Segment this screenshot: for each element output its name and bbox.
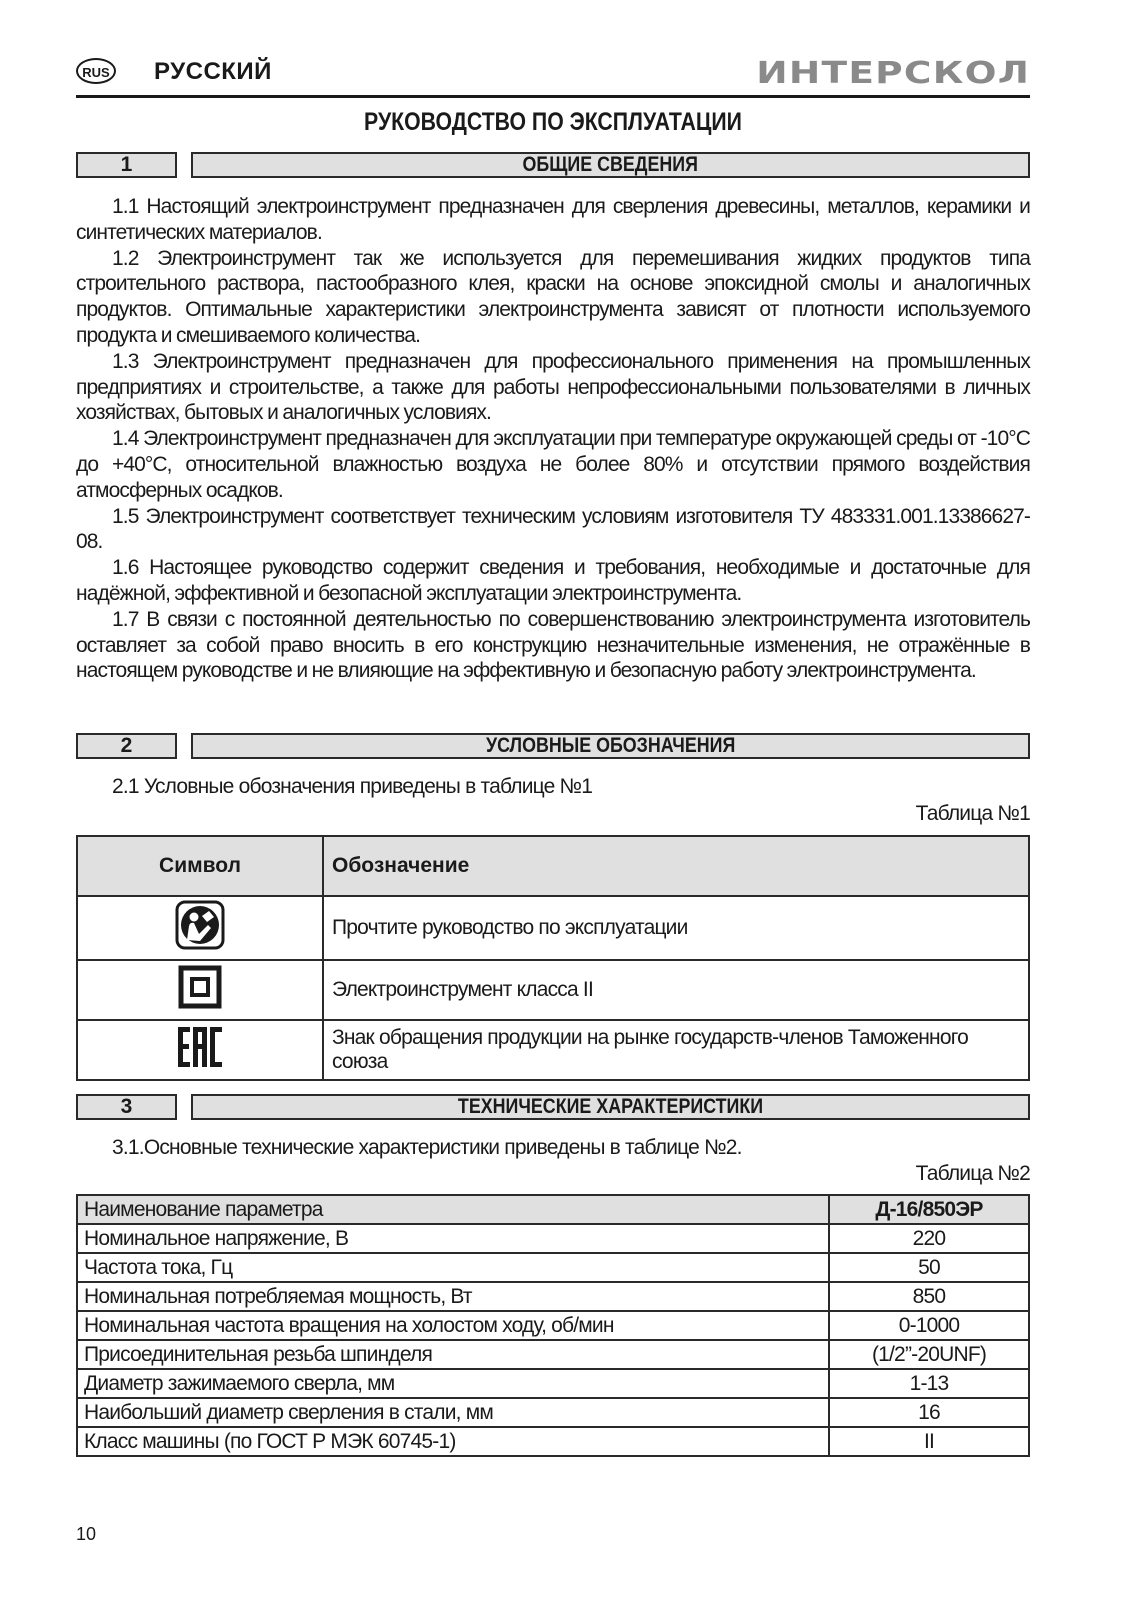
parameter-name: Класс машины (по ГОСТ Р МЭК 60745-1) bbox=[77, 1427, 829, 1456]
parameter-value: 50 bbox=[829, 1253, 1029, 1282]
table-row: Частота тока, Гц50 bbox=[77, 1253, 1029, 1282]
class-ii-double-square-icon bbox=[178, 991, 222, 1014]
paragraph-1-1: 1.1 Настоящий электроинструмент предназн… bbox=[76, 194, 1030, 246]
section-1-body: 1.1 Настоящий электроинструмент предназн… bbox=[76, 194, 1030, 684]
section-1-header: 1 ОБЩИЕ СВЕДЕНИЯ bbox=[76, 152, 1030, 180]
table-row: Наибольший диаметр сверления в стали, мм… bbox=[77, 1398, 1029, 1427]
parameter-name: Номинальное напряжение, В bbox=[77, 1224, 829, 1253]
column-header-symbol: Символ bbox=[77, 836, 323, 896]
parameter-value: II bbox=[829, 1427, 1029, 1456]
parameter-value: (1/2”-20UNF) bbox=[829, 1340, 1029, 1369]
table-row: Прочтите руководство по эксплуатации bbox=[77, 896, 1029, 960]
parameter-name: Присоединительная резьба шпинделя bbox=[77, 1340, 829, 1369]
page-header: RUS РУССКИЙ ИНТЕРСКОЛ bbox=[76, 56, 1030, 96]
section-number: 2 bbox=[76, 733, 177, 759]
column-header-model: Д-16/850ЭР bbox=[829, 1195, 1029, 1224]
column-header-parameter: Наименование параметра bbox=[77, 1195, 829, 1224]
parameter-name: Частота тока, Гц bbox=[77, 1253, 829, 1282]
brand-logo: ИНТЕРСКОЛ bbox=[756, 56, 1030, 91]
document-title: РУКОВОДСТВО ПО ЭКСПЛУАТАЦИИ bbox=[148, 108, 959, 137]
table-row: Диаметр зажимаемого сверла, мм1-13 bbox=[77, 1369, 1029, 1398]
table-1-caption: Таблица №1 bbox=[916, 802, 1030, 826]
parameter-name: Номинальная частота вращения на холостом… bbox=[77, 1311, 829, 1340]
parameter-value: 850 bbox=[829, 1282, 1029, 1311]
parameter-name: Наибольший диаметр сверления в стали, мм bbox=[77, 1398, 829, 1427]
specifications-table: Наименование параметра Д-16/850ЭР Номина… bbox=[76, 1194, 1030, 1457]
language-title: РУССКИЙ bbox=[154, 58, 272, 86]
paragraph-1-5: 1.5 Электроинструмент соответствует техн… bbox=[76, 504, 1030, 556]
symbol-meaning: Прочтите руководство по эксплуатации bbox=[323, 896, 1029, 960]
paragraph-1-2: 1.2 Электроинструмент так же используетс… bbox=[76, 246, 1030, 349]
table-row: Присоединительная резьба шпинделя(1/2”-2… bbox=[77, 1340, 1029, 1369]
eac-mark-icon bbox=[176, 1051, 224, 1074]
page-number: 10 bbox=[76, 1524, 96, 1545]
header-divider bbox=[76, 95, 1030, 98]
table-2-caption: Таблица №2 bbox=[916, 1162, 1030, 1186]
table-row: Номинальное напряжение, В220 bbox=[77, 1224, 1029, 1253]
section-number: 3 bbox=[76, 1094, 177, 1120]
paragraph-1-3: 1.3 Электроинструмент предназначен для п… bbox=[76, 349, 1030, 426]
parameter-value: 220 bbox=[829, 1224, 1029, 1253]
table-row: Класс машины (по ГОСТ Р МЭК 60745-1)II bbox=[77, 1427, 1029, 1456]
parameter-value: 1-13 bbox=[829, 1369, 1029, 1398]
section-title: ОБЩИЕ СВЕДЕНИЯ bbox=[191, 152, 1030, 178]
language-badge: RUS bbox=[76, 58, 116, 84]
read-manual-icon bbox=[175, 932, 225, 955]
symbol-meaning: Электроинструмент класса II bbox=[323, 960, 1029, 1020]
column-header-meaning: Обозначение bbox=[323, 836, 1029, 896]
table-row: Номинальная потребляемая мощность, Вт850 bbox=[77, 1282, 1029, 1311]
section-title: УСЛОВНЫЕ ОБОЗНАЧЕНИЯ bbox=[191, 733, 1030, 759]
table-row: Знак обращения продукции на рынке госуда… bbox=[77, 1020, 1029, 1080]
section-number: 1 bbox=[76, 152, 177, 178]
section-title: ТЕХНИЧЕСКИЕ ХАРАКТЕРИСТИКИ bbox=[191, 1094, 1030, 1120]
table-row: Электроинструмент класса II bbox=[77, 960, 1029, 1020]
paragraph-1-4: 1.4 Электроинструмент предназначен для э… bbox=[76, 426, 1030, 503]
paragraph-1-7: 1.7 В связи с постоянной деятельностью п… bbox=[76, 607, 1030, 684]
parameter-value: 16 bbox=[829, 1398, 1029, 1427]
section-3-header: 3 ТЕХНИЧЕСКИЕ ХАРАКТЕРИСТИКИ bbox=[76, 1094, 1030, 1122]
parameter-name: Номинальная потребляемая мощность, Вт bbox=[77, 1282, 829, 1311]
section-3-intro: 3.1.Основные технические характеристики … bbox=[112, 1136, 742, 1160]
table-row: Номинальная частота вращения на холостом… bbox=[77, 1311, 1029, 1340]
symbol-meaning: Знак обращения продукции на рынке госуда… bbox=[323, 1020, 1029, 1080]
paragraph-1-6: 1.6 Настоящее руководство содержит сведе… bbox=[76, 555, 1030, 607]
parameter-value: 0-1000 bbox=[829, 1311, 1029, 1340]
parameter-name: Диаметр зажимаемого сверла, мм bbox=[77, 1369, 829, 1398]
symbols-table: Символ Обозначение Прочтите руководство … bbox=[76, 835, 1030, 1081]
section-2-intro: 2.1 Условные обозначения приведены в таб… bbox=[112, 775, 592, 799]
section-2-header: 2 УСЛОВНЫЕ ОБОЗНАЧЕНИЯ bbox=[76, 733, 1030, 761]
